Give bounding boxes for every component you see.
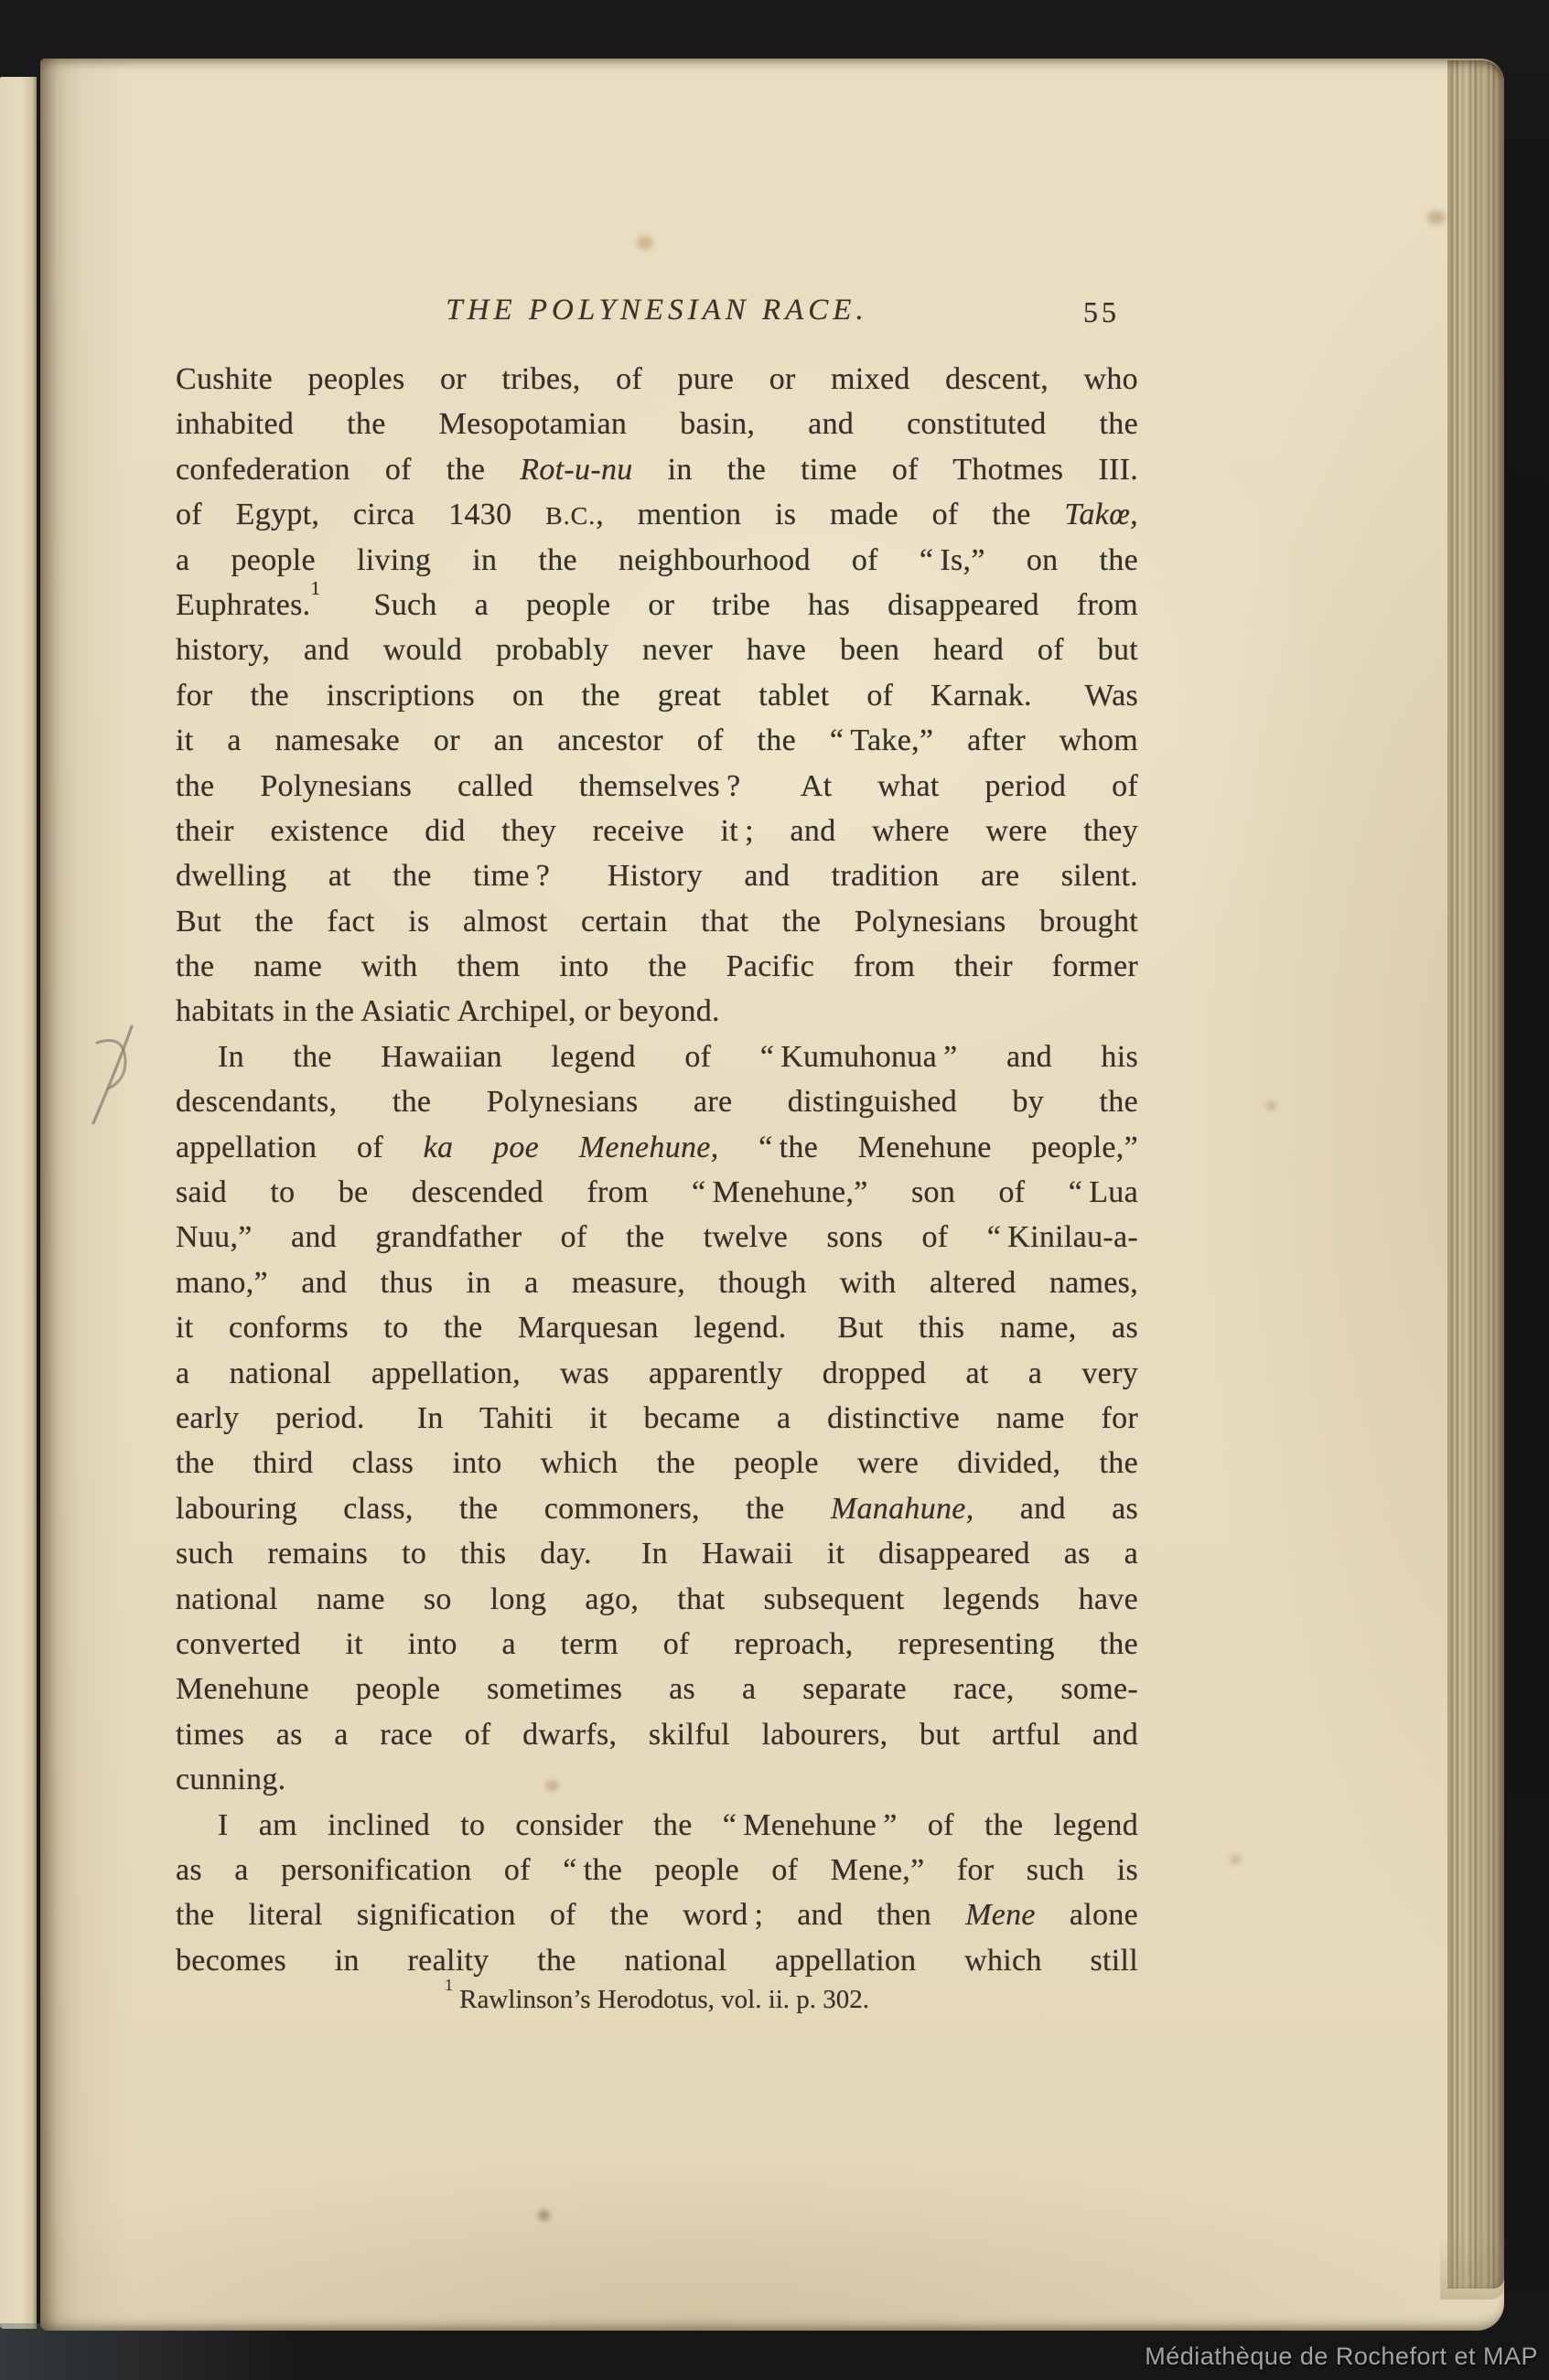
page-number: 55 (1083, 291, 1120, 333)
text-line: Cushite peoples or tribes, of pure or mi… (176, 357, 1138, 402)
text-line: it a namesake or an ancestor of the “ Ta… (176, 718, 1138, 763)
page-edge-stack (1447, 60, 1504, 2289)
text-line: a national appellation, was apparently d… (176, 1351, 1138, 1396)
text-line: dwelling at the time ? History and tradi… (176, 853, 1138, 898)
text-line: the name with them into the Pacific from… (176, 944, 1138, 989)
running-head: THE POLYNESIAN RACE. 55 (176, 289, 1138, 331)
text-line: national name so long ago, that subseque… (176, 1577, 1138, 1622)
text-line: a people living in the neighbourhood of … (176, 538, 1138, 583)
foxing-stain (1266, 1101, 1276, 1110)
gutter-shadow (40, 59, 132, 2331)
text-line: the literal signification of the word ; … (176, 1892, 1138, 1937)
text-line: converted it into a term of reproach, re… (176, 1622, 1138, 1667)
text-line: Menehune people sometimes as a separate … (176, 1667, 1138, 1711)
text-line: But the fact is almost certain that the … (176, 899, 1138, 944)
foxing-stain (538, 2210, 550, 2221)
text-line: Euphrates.1 Such a people or tribe has d… (176, 583, 1138, 627)
text-line: for the inscriptions on the great tablet… (176, 673, 1138, 718)
scan-canvas: THE POLYNESIAN RACE. 55 Cushite peoples … (0, 0, 1549, 2380)
text-line: it conforms to the Marquesan legend. But… (176, 1305, 1138, 1350)
text-line: said to be descended from “ Menehune,” s… (176, 1170, 1138, 1215)
foxing-stain (637, 236, 653, 250)
text-line: inhabited the Mesopotamian basin, and co… (176, 402, 1138, 446)
page-title: THE POLYNESIAN RACE. (176, 289, 1138, 331)
foxing-stain (545, 1780, 559, 1791)
text-line: confederation of the Rot-u-nu in the tim… (176, 447, 1138, 492)
background-floor-patch (0, 2323, 384, 2380)
book-page: THE POLYNESIAN RACE. 55 Cushite peoples … (40, 59, 1504, 2331)
text-line: becomes in reality the national appellat… (176, 1938, 1138, 1983)
text-line: the Polynesians called themselves ? At w… (176, 764, 1138, 809)
text-line: appellation of ka poe Menehune, “ the Me… (176, 1125, 1138, 1170)
foxing-stain (1230, 1855, 1241, 1864)
footnote: 1 Rawlinson’s Herodotus, vol. ii. p. 302… (176, 1985, 1138, 2015)
text-line: the third class into which the people we… (176, 1441, 1138, 1485)
text-line: as a personification of “ the people of … (176, 1848, 1138, 1892)
text-line: Nuu,” and grandfather of the twelve sons… (176, 1215, 1138, 1260)
text-line: descendants, the Polynesians are disting… (176, 1079, 1138, 1124)
text-line: cunning. (176, 1757, 1138, 1802)
text-line: early period. In Tahiti it became a dist… (176, 1396, 1138, 1441)
foxing-stain (1427, 210, 1446, 225)
body-text: Cushite peoples or tribes, of pure or mi… (176, 357, 1138, 1983)
pencil-x-mark (82, 1021, 141, 1131)
text-line: mano,” and thus in a measure, though wit… (176, 1260, 1138, 1305)
text-line: In the Hawaiian legend of “ Kumuhonua ” … (176, 1035, 1138, 1079)
text-line: their existence did they receive it ; an… (176, 809, 1138, 853)
text-line: labouring class, the commoners, the Mana… (176, 1486, 1138, 1531)
text-line: of Egypt, circa 1430 B.C., mention is ma… (176, 492, 1138, 537)
adjacent-page-edge (0, 77, 37, 2329)
text-line: I am inclined to consider the “ Menehune… (176, 1803, 1138, 1848)
page-edge-stack-fade (1440, 2235, 1504, 2300)
library-watermark: Médiathèque de Rochefort et MAP (1145, 2342, 1538, 2371)
text-line: such remains to this day. In Hawaii it d… (176, 1531, 1138, 1576)
text-line: history, and would probably never have b… (176, 627, 1138, 672)
text-line: habitats in the Asiatic Archipel, or bey… (176, 989, 1138, 1034)
text-line: times as a race of dwarfs, skilful labou… (176, 1712, 1138, 1757)
